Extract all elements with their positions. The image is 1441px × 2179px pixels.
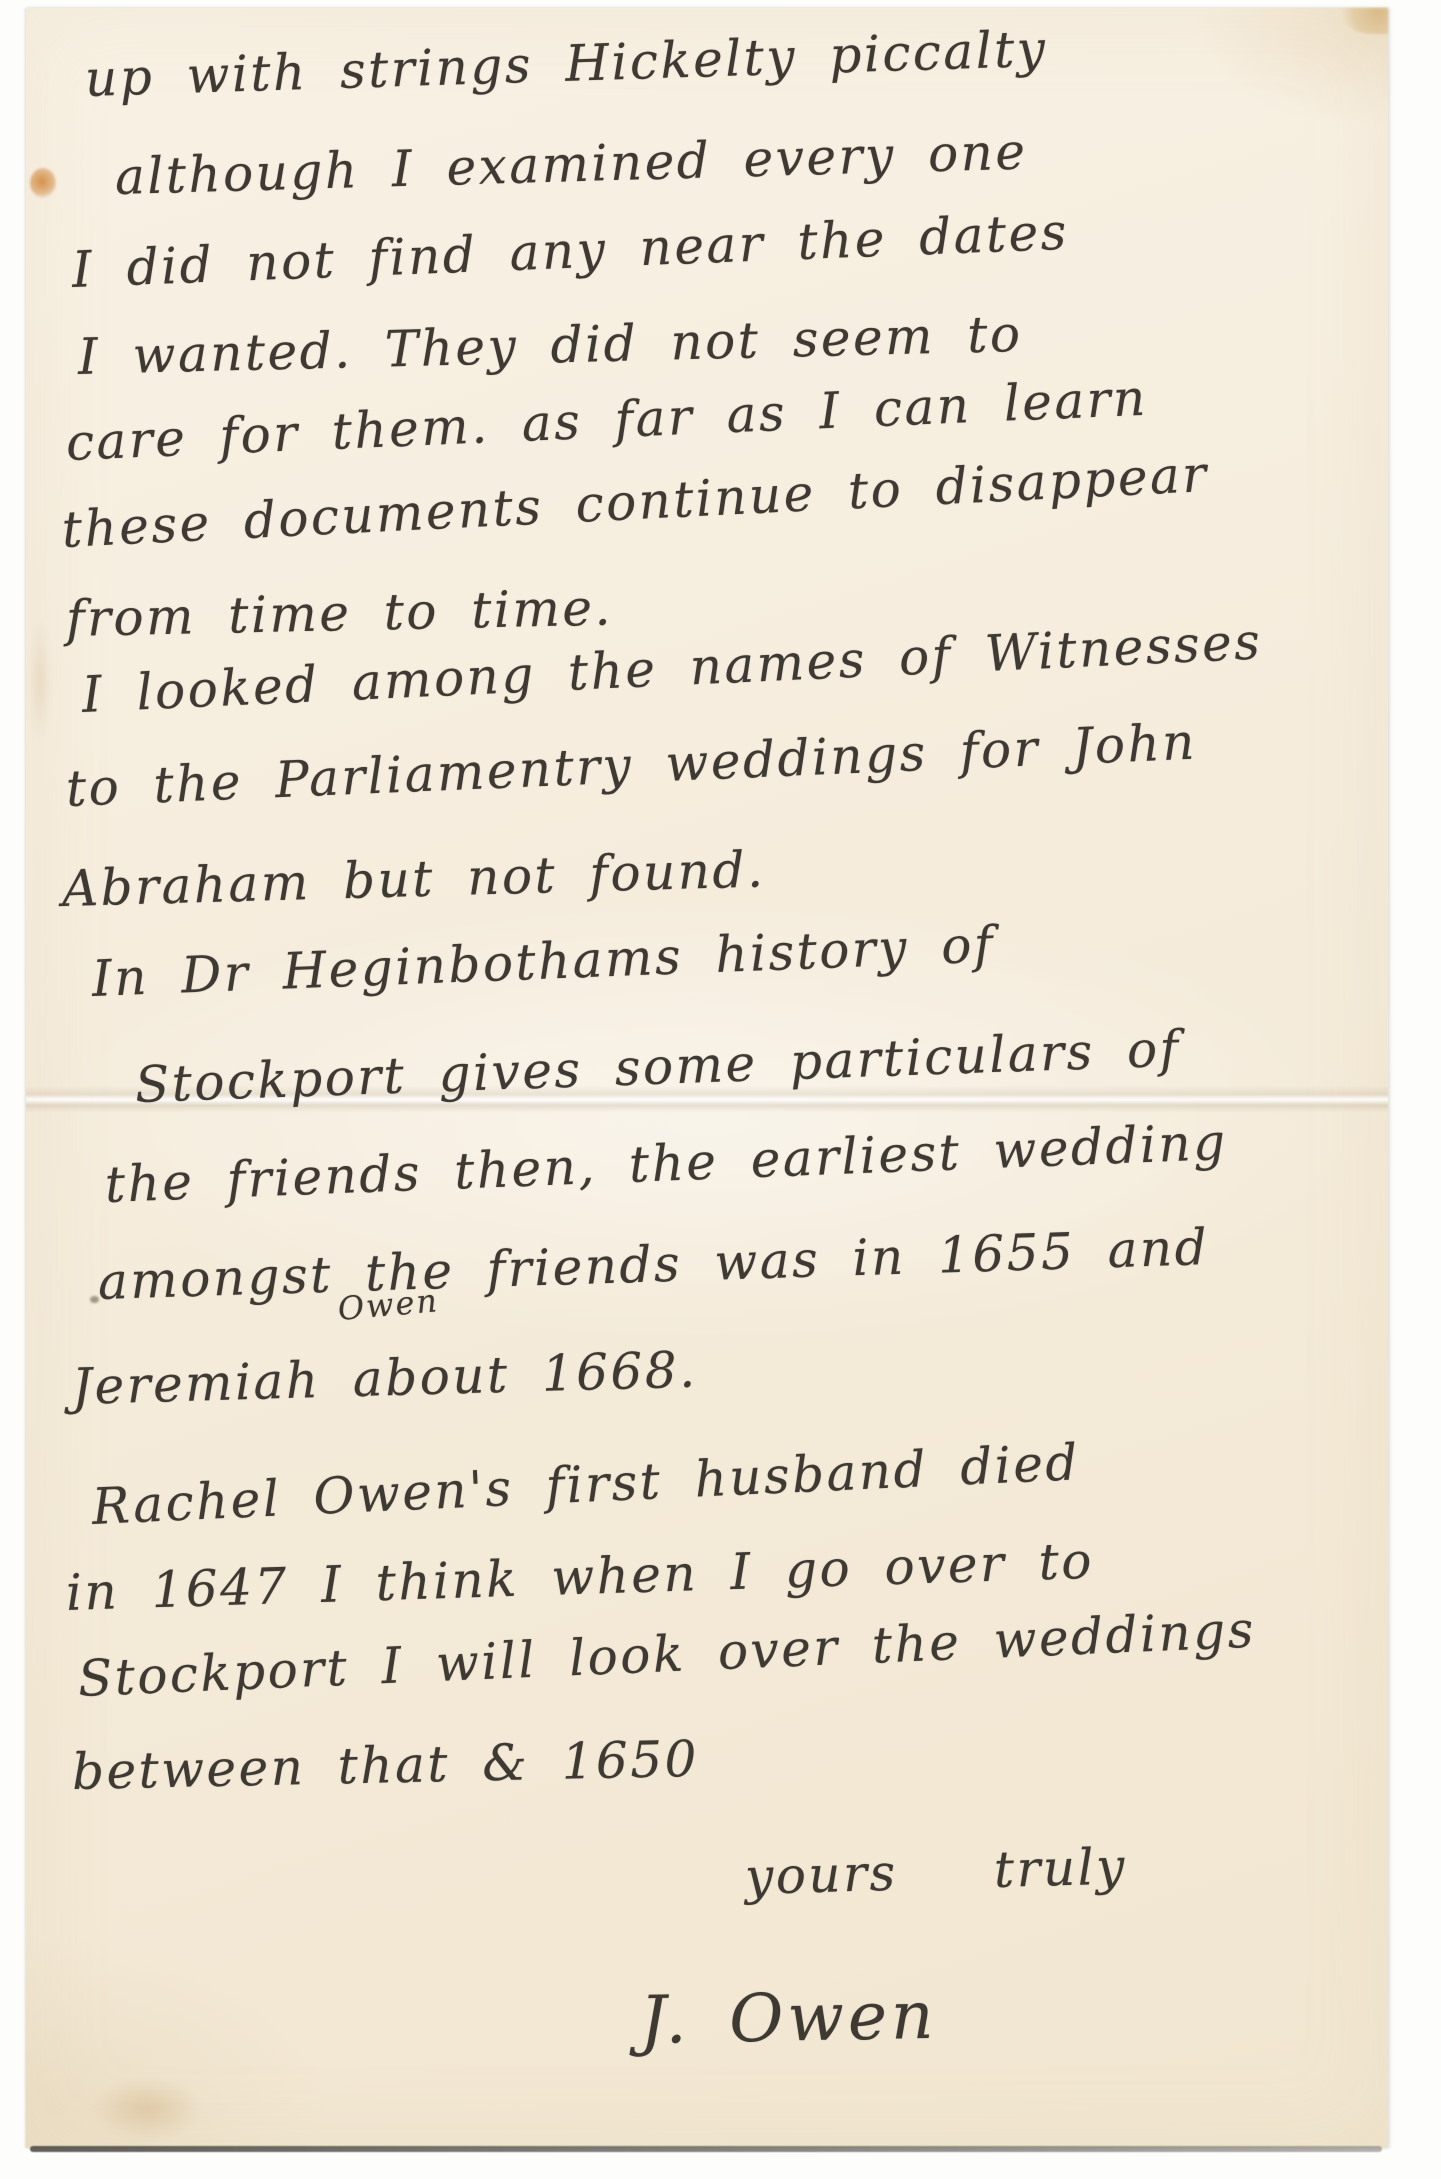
valediction: yours truly — [744, 1839, 1127, 1905]
paper-bottom-shadow — [30, 2146, 1382, 2152]
letter-line: from time to time. — [65, 581, 613, 647]
letter-line: between that & 1650 — [71, 1732, 699, 1800]
signature: J. Owen — [639, 1980, 938, 2058]
scanned-letter: up with strings Hickelty piccalty althou… — [0, 0, 1441, 2179]
